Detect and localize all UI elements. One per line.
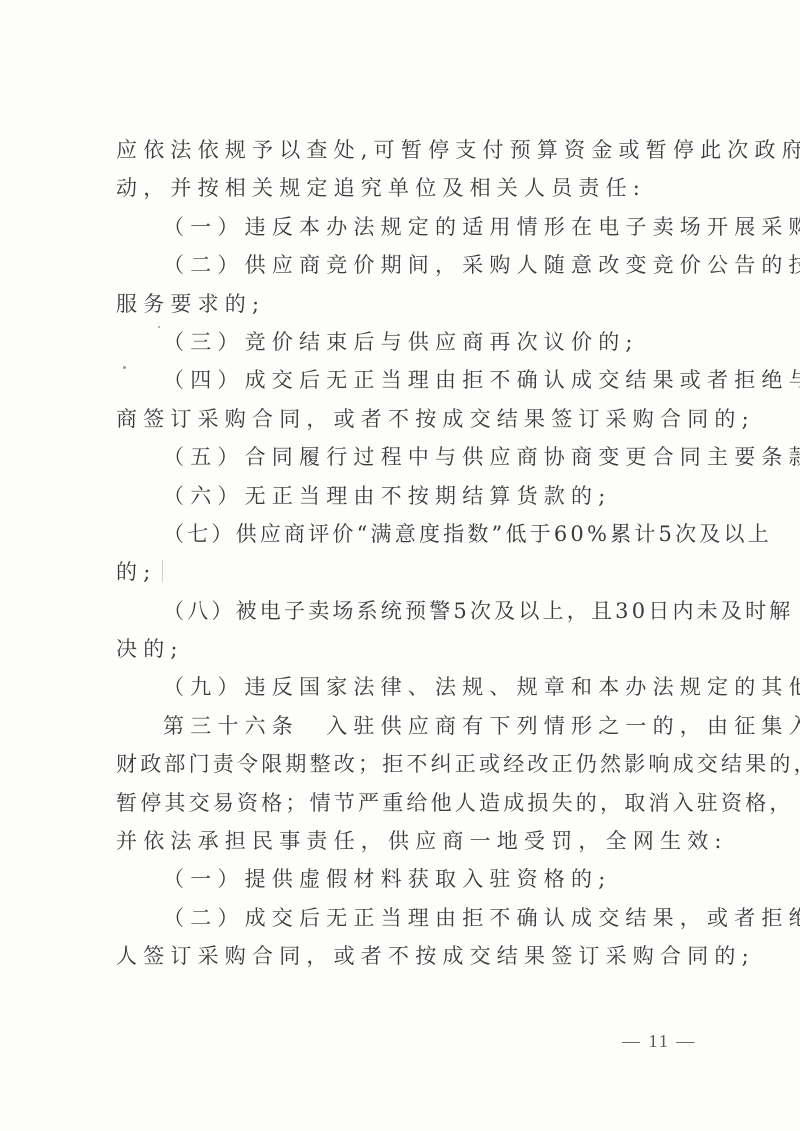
article-heading-line: 第三十六条 入驻供应商有下列情形之一的，由征集入驻的 <box>116 707 708 745</box>
document-body: 应依法依规予以查处,可暂停支付预算资金或暂停此次政府采购活 动，并按相关规定追究… <box>116 131 708 976</box>
list-item: （一）提供虚假材料获取入驻资格的; <box>116 860 708 898</box>
text-line: 暂停其交易资格；情节严重给他人造成损失的，取消入驻资格， <box>116 784 708 822</box>
text-line: 财政部门责令限期整改；拒不纠正或经改正仍然影响成交结果的， <box>116 745 708 783</box>
text-line: 商签订采购合同，或者不按成交结果签订采购合同的; <box>116 400 708 438</box>
document-page: 应依法依规予以查处,可暂停支付预算资金或暂停此次政府采购活 动，并按相关规定追究… <box>0 0 800 1131</box>
page-number: — 11 — <box>622 1031 696 1052</box>
scan-speck <box>123 366 126 369</box>
text-line: 人签订采购合同，或者不按成交结果签订采购合同的; <box>116 937 708 975</box>
list-item: （二）成交后无正当理由拒不确认成交结果，或者拒绝与采购 <box>116 899 708 937</box>
list-item: （九）违反国家法律、法规、规章和本办法规定的其他情形。 <box>116 668 708 706</box>
text-line: 决的; <box>116 630 708 668</box>
text-line: 应依法依规予以查处,可暂停支付预算资金或暂停此次政府采购活 <box>116 131 708 169</box>
text-line: 动，并按相关规定追究单位及相关人员责任: <box>116 169 708 207</box>
list-item: （四）成交后无正当理由拒不确认成交结果或者拒绝与供应 <box>116 361 708 399</box>
list-item: （八）被电子卖场系统预警5次及以上，且30日内未及时解 <box>116 592 708 630</box>
list-item: （一）违反本办法规定的适用情形在电子卖场开展采购的; <box>116 208 708 246</box>
scan-mark <box>162 560 163 582</box>
list-item: （二）供应商竞价期间，采购人随意改变竞价公告的技术和 <box>116 246 708 284</box>
list-item: （七）供应商评价“满意度指数”低于60%累计5次及以上 <box>116 515 708 553</box>
scan-speck <box>158 326 160 328</box>
list-item: （三）竞价结束后与供应商再次议价的; <box>116 323 708 361</box>
text-line: 服务要求的; <box>116 285 708 323</box>
text-line: 并依法承担民事责任，供应商一地受罚，全网生效: <box>116 822 708 860</box>
list-item: （五）合同履行过程中与供应商协商变更合同主要条款的; <box>116 438 708 476</box>
text-line: 的; <box>116 553 708 591</box>
list-item: （六）无正当理由不按期结算货款的; <box>116 477 708 515</box>
